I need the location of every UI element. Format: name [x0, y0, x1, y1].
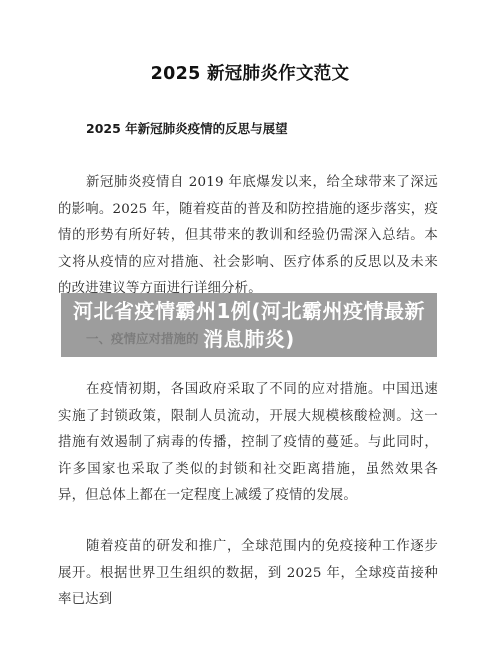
overlay-banner-text: 河北省疫情霸州1例(河北霸州疫情最新消息肺炎): [69, 297, 429, 353]
document-subtitle: 2025 年新冠肺炎疫情的反思与展望: [86, 119, 288, 137]
paragraph-response-measures: 在疫情初期，各国政府采取了不同的应对措施。中国迅速实施了封锁政策，限制人员流动，…: [58, 377, 438, 510]
document-page: 2025 新冠肺炎作文范文 2025 年新冠肺炎疫情的反思与展望 新冠肺炎疫情自…: [0, 0, 500, 647]
paragraph-vaccination: 随着疫苗的研发和推广，全球范围内的免疫接种工作逐步展开。根据世界卫生组织的数据，…: [58, 534, 438, 614]
document-title: 2025 新冠肺炎作文范文: [0, 60, 500, 85]
overlay-title-banner: 河北省疫情霸州1例(河北霸州疫情最新消息肺炎): [61, 293, 437, 357]
paragraph-intro: 新冠肺炎疫情自 2019 年底爆发以来，给全球带来了深远的影响。2025 年，随…: [58, 170, 438, 303]
